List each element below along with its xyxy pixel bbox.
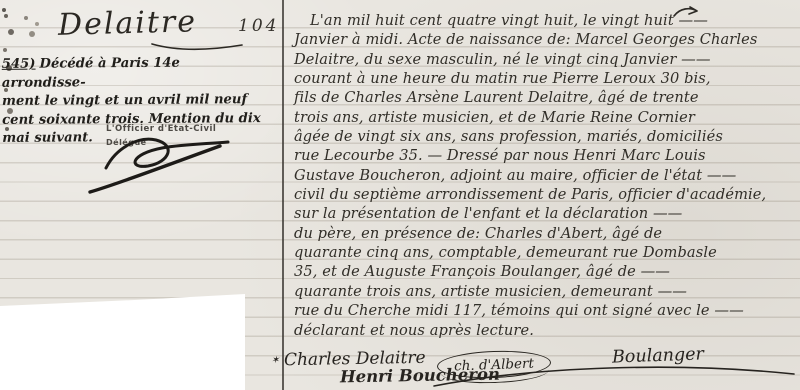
act-body-line: quarante cinq ans, comptable, demeurant … (294, 243, 796, 262)
act-body-line: Gustave Boucheron, adjoint au maire, off… (294, 166, 796, 185)
declarant-signature-star: ✶ (271, 355, 279, 366)
act-body-line: du père, en présence de: Charles d'Abert… (294, 224, 796, 243)
act-number: 104 (238, 16, 279, 36)
act-body-line: sur la présentation de l'enfant et la dé… (294, 204, 796, 223)
act-body-line: 35, et de Auguste François Boulanger, âg… (294, 262, 796, 281)
binding-speckles (2, 8, 6, 12)
margin-note-reference: 545) (2, 57, 36, 72)
cropped-scan-corner (0, 294, 245, 390)
act-body-line: courant à une heure du matin rue Pierre … (294, 69, 796, 88)
officer-signature-scrawl (78, 120, 243, 200)
act-body-line: Janvier à midi. Acte de naissance de: Ma… (294, 30, 796, 49)
act-body-line: âgée de vingt six ans, sans profession, … (294, 127, 796, 146)
act-body-line: rue Lecourbe 35. — Dressé par nous Henri… (294, 146, 796, 165)
act-body-line: rue du Cherche midi 117, témoins qui ont… (294, 301, 796, 320)
act-body-line: civil du septième arrondissement de Pari… (294, 185, 796, 204)
margin-separator-rule (282, 0, 284, 390)
surname-underline-flourish (150, 40, 245, 54)
act-body-line: quarante trois ans, artiste musicien, de… (294, 282, 796, 301)
officer-signature: Henri Boucheron (340, 365, 500, 387)
margin-note-line: ment le vingt et un avril mil neuf (2, 91, 264, 111)
scanned-register-page: Delaitre 104 545)Décédé à Paris 14e arro… (0, 0, 800, 390)
act-body-text: L'an mil huit cent quatre vingt huit, le… (294, 11, 796, 340)
act-body-line: L'an mil huit cent quatre vingt huit, le… (294, 11, 796, 30)
witness2-signature: Boulanger (612, 344, 705, 367)
act-body-line: Delaitre, du sexe masculin, né le vingt … (294, 50, 796, 69)
act-body-line: déclarant et nous après lecture. (294, 321, 796, 340)
surname-header: Delaitre (58, 4, 198, 43)
act-body-line: trois ans, artiste musicien, et de Marie… (294, 108, 796, 127)
act-body-line: fils de Charles Arsène Laurent Delaitre,… (294, 88, 796, 107)
margin-note-line: 545)Décédé à Paris 14e arrondisse- (2, 54, 264, 93)
